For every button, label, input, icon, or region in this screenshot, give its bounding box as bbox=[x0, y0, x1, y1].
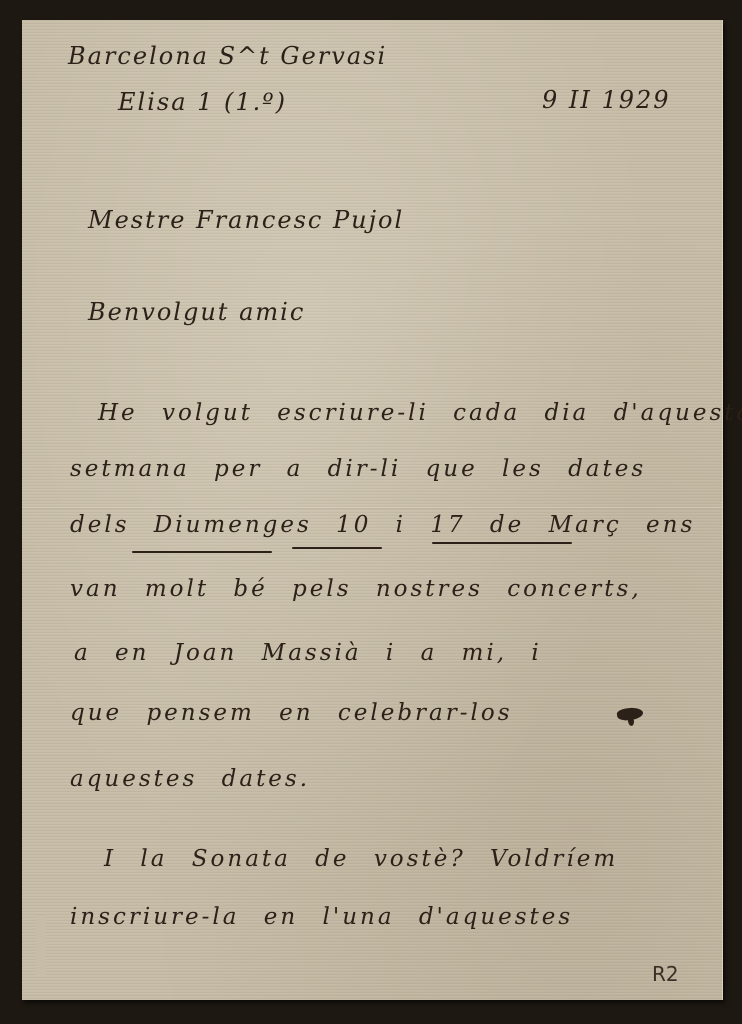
paper-tear bbox=[36, 915, 46, 975]
underline-dates bbox=[292, 547, 382, 549]
letter-date: 9 II 1929 bbox=[542, 86, 671, 114]
body-line-5: a en Joan Massià i a mi, i bbox=[74, 640, 542, 666]
underline-marc bbox=[432, 542, 572, 544]
body-line-7: aquestes dates. bbox=[70, 766, 310, 792]
letter-page: Barcelona S^t Gervasi Elisa 1 (1.º) 9 II… bbox=[22, 20, 723, 1000]
body-line-6: que pensem en celebrar-los bbox=[70, 700, 513, 726]
archive-mark: R2 bbox=[652, 962, 679, 986]
body-line-4: van molt bé pels nostres concerts, bbox=[70, 576, 642, 602]
address-line: Elisa 1 (1.º) bbox=[118, 88, 287, 116]
greeting: Benvolgut amic bbox=[88, 298, 305, 326]
body-line-2: setmana per a dir-li que les dates bbox=[70, 456, 646, 482]
underline-diumenges bbox=[132, 551, 272, 553]
fold-crease bbox=[22, 507, 722, 509]
body-line-9: inscriure-la en l'una d'aquestes bbox=[70, 904, 573, 930]
ink-blot bbox=[616, 706, 643, 722]
body-line-3: dels Diumenges 10 i 17 de Març ens bbox=[70, 512, 695, 538]
body-line-1: He volgut escriure-li cada dia d'aquesta bbox=[98, 400, 742, 426]
recipient-name: Mestre Francesc Pujol bbox=[88, 206, 404, 234]
body-line-8: I la Sonata de vostè? Voldríem bbox=[104, 846, 618, 872]
place-line: Barcelona S^t Gervasi bbox=[68, 42, 387, 70]
